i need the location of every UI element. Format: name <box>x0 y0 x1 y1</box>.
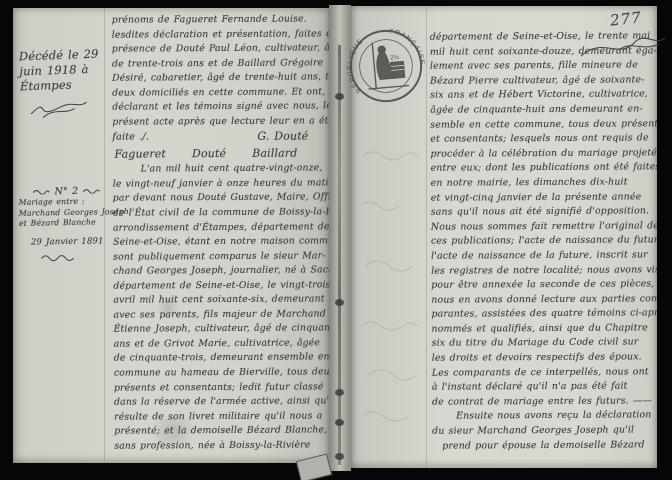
manuscript-line: sont publiquement comparus le sieur Mar- <box>113 249 327 265</box>
manuscript-line: semble en cette commune, tous deux prése… <box>430 117 654 133</box>
manuscript-line: sans qu'il nous ait été signifié d'oppos… <box>431 204 655 220</box>
manuscript-line: le vingt-neuf janvier à onze heures du m… <box>113 176 327 192</box>
manuscript-line: procéder à la célébration du mariage pro… <box>430 146 654 162</box>
manuscript-line: six du titre du Mariage du Code civil su… <box>432 336 656 352</box>
squiggle-icon <box>82 187 100 193</box>
manuscript-line: prend pour épouse la demoiselle Bézard <box>432 438 656 454</box>
manuscript-line: Bézard Pierre cultivateur, âgé de soixan… <box>430 73 654 89</box>
manuscript-line: avec ses parents, fils majeur de Marchan… <box>113 307 327 323</box>
marriage-act-continued-text: département de Seine-et-Oise, le trente … <box>430 29 657 454</box>
manuscript-line: et consentants; lesquels nous ont requis… <box>430 131 654 147</box>
record-date: 29 Janvier 1891 <box>19 236 115 248</box>
margin-death-note: Décédé le 29juin 1918 àÉtampes <box>19 47 101 129</box>
manuscript-line: dans la réserve de l'armée active, ainsi… <box>114 394 328 410</box>
manuscript-line: six ans et de Hébert Victorine, cultivat… <box>430 88 654 104</box>
manuscript-line: les registres de notre localité; nous av… <box>431 263 655 279</box>
squiggle-icon <box>32 188 50 194</box>
left-page: Décédé le 29juin 1918 àÉtampes N° 2 Mari… <box>13 8 329 463</box>
binding-knot <box>335 389 344 396</box>
svg-text:RÉPUBLIQUE: RÉPUBLIQUE <box>344 37 369 95</box>
manuscript-line: du sieur Marchand Georges Joseph qu'il <box>432 423 656 439</box>
margin-record-note: N° 2 Mariage entre :Marchand Georges Jos… <box>18 185 115 266</box>
folio-paraph-icon <box>575 26 670 66</box>
officiant-signature: G. Douté <box>257 129 326 145</box>
signature-witness-1: Douté <box>192 145 226 162</box>
signature-witness-2: Baillard <box>252 145 297 162</box>
folio-block: 277 <box>575 10 670 68</box>
manuscript-line: de contrat de mariage entre les futurs. … <box>432 394 656 410</box>
stamp-denomination: 2½ <box>390 53 400 62</box>
manuscript-line: par devant nous Douté Gustave, Maire, Of… <box>113 191 327 207</box>
right-page-margin-rule <box>426 6 427 468</box>
manuscript-line: en notre mairie, les dimanches dix-huit <box>431 175 655 191</box>
manuscript-line: Les comparants de ce interpellés, nous o… <box>432 365 656 381</box>
manuscript-line: ces publications; l'acte de naissance du… <box>431 234 655 250</box>
seated-allegory-icon <box>364 40 409 89</box>
manuscript-line: lesdites déclaration et présentation, fa… <box>112 27 326 43</box>
signature-declarant: Fagueret <box>114 146 166 163</box>
right-page-text-column: département de Seine-et-Oise, le trente … <box>430 29 657 454</box>
signatures-row: Fagueret Douté Baillard <box>112 145 326 163</box>
binding-knot <box>335 419 344 426</box>
bleedthrough-writing <box>355 146 425 446</box>
manuscript-line: et vingt-cinq janvier de la présente ann… <box>431 190 655 206</box>
manuscript-line: âgée de cinquante-huit ans demeurant en- <box>430 102 654 118</box>
scanned-register-spread: Décédé le 29juin 1918 àÉtampes N° 2 Mari… <box>0 0 672 480</box>
stamp-arc-left-label: RÉPUBLIQUE <box>344 37 369 95</box>
manuscript-line: sans profession, née à Boissy-la-Rivière <box>114 438 328 454</box>
manuscript-line: nous en avons donné lecture aux parties … <box>431 292 655 308</box>
manuscript-line: Ensuite nous avons reçu la déclaration <box>432 409 656 425</box>
record-number-row: N° 2 <box>18 185 114 198</box>
closing-formula: faite ./. <box>112 130 149 146</box>
manuscript-line: département de Seine-et-Oise, le vingt-t… <box>113 278 327 294</box>
record-note-line: et Bézard Blanche <box>19 217 115 229</box>
death-note-lines: Décédé le 29juin 1918 àÉtampes <box>19 47 100 95</box>
manuscript-line: présenté; et la demoiselle Bézard Blanch… <box>114 424 328 440</box>
previous-act-text: prénoms de Fagueret Fernande Louise.lesd… <box>112 12 327 130</box>
manuscript-line: parantes, assistées des quatre témoins c… <box>431 307 655 323</box>
binding-knot <box>335 299 344 306</box>
manuscript-line: ans et de Grivot Marie, cultivatrice, âg… <box>114 336 328 352</box>
binding-knot <box>335 453 344 460</box>
manuscript-line: nommés et qualifiés, ainsi que du Chapit… <box>431 321 655 337</box>
death-note-line: juin 1918 à <box>19 62 99 80</box>
manuscript-line: Seine-et-Oise, étant en notre maison com… <box>113 234 327 250</box>
manuscript-line: les droits et devoirs respectifs des épo… <box>432 350 656 366</box>
manuscript-line: chand Georges Joseph, journalier, né à S… <box>113 264 327 280</box>
manuscript-line: Nous nous sommes fait remettre l'origina… <box>431 219 655 235</box>
act-closing-row: faite ./. G. Douté <box>112 129 326 146</box>
republique-francaise-stamp: RÉPUBLIQUE FRANÇAISE 2½ <box>344 24 429 109</box>
left-page-text-column: prénoms de Fagueret Fernande Louise.lesd… <box>112 12 329 454</box>
record-number: N° 2 <box>54 186 78 197</box>
manuscript-line: arrondissement d'Étampes, département de <box>113 220 327 236</box>
squiggle-icon <box>37 251 97 262</box>
record-note-lines: Mariage entre :Marchand Georges Josephet… <box>19 196 116 229</box>
manuscript-line: deux domiciliés en cette commune. Et ont… <box>112 85 326 101</box>
binding-knot <box>335 93 344 100</box>
manuscript-line: pour être annexée la seconde de ces pièc… <box>431 277 655 293</box>
manuscript-line: commune au hameau de Bierville, tous deu… <box>114 365 328 381</box>
manuscript-line: avril mil huit cent soixante-six, demeur… <box>113 293 327 309</box>
manuscript-line: déclarant et les témoins signé avec nous… <box>112 100 326 116</box>
manuscript-line: Désiré, cabaretier, âgé de trente-huit a… <box>112 71 326 87</box>
manuscript-line: résulte de son livret militaire qu'il no… <box>114 409 328 425</box>
manuscript-line: de l'État civil de la commune de Boissy-… <box>113 205 327 221</box>
manuscript-line: de trente-trois ans et de Baillard Grégo… <box>112 56 326 72</box>
manuscript-line: prénoms de Fagueret Fernande Louise. <box>112 12 326 28</box>
manuscript-line: entre eux; dont les publications ont été… <box>431 161 655 177</box>
marriage-act-text: L'an mil huit cent quatre-vingt-onze,le … <box>113 162 329 454</box>
manuscript-line: présents et consentants; ledit futur cla… <box>114 380 328 396</box>
paraph-squiggle-icon <box>20 92 91 124</box>
manuscript-line: de cinquante-trois, demeurant ensemble e… <box>114 351 328 367</box>
manuscript-line: L'an mil huit cent quatre-vingt-onze, <box>113 162 327 178</box>
manuscript-line: l'acte de naissance de la future, inscri… <box>431 248 655 264</box>
manuscript-line: à l'instant déclaré qu'il n'a pas été fa… <box>432 380 656 396</box>
manuscript-line: présent acte après que lecture leur en a… <box>112 114 326 130</box>
manuscript-line: présence de Douté Paul Léon, cultivateur… <box>112 41 326 57</box>
binding-cord <box>338 45 341 465</box>
manuscript-line: Étienne Joseph, cultivateur, âgé de cinq… <box>114 322 328 338</box>
